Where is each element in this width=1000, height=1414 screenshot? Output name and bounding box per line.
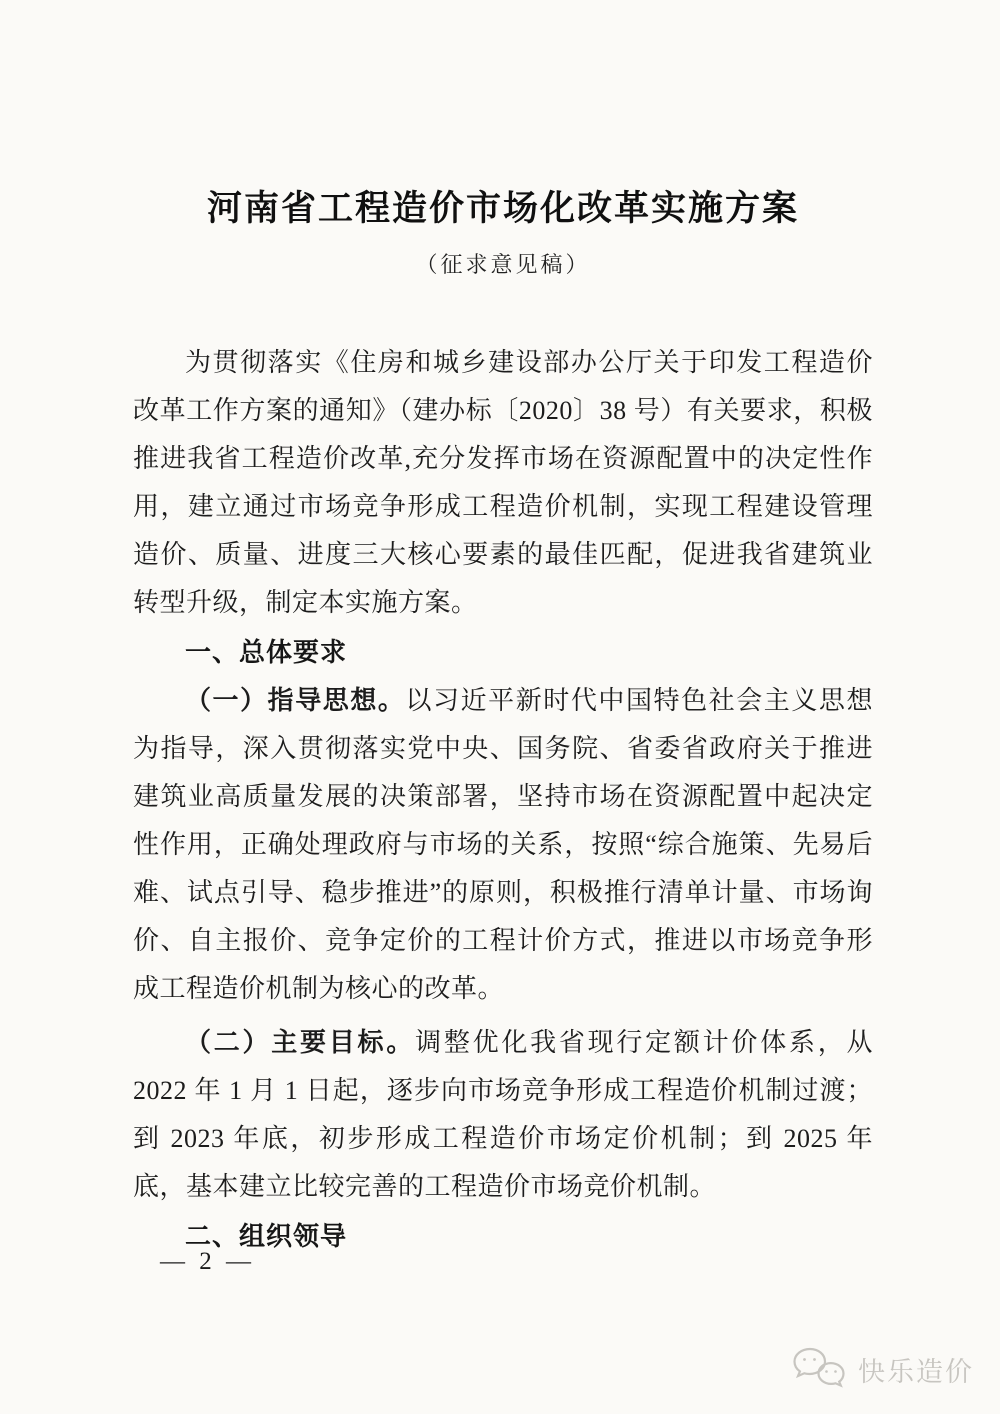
paragraph-guiding-ideology: （一）指导思想。以习近平新时代中国特色社会主义思想为指导，深入贯彻落实党中央、国… (133, 677, 873, 1013)
paragraph-main-goals: （二）主要目标。调整优化我省现行定额计价体系，从 2022 年 1 月 1 日起… (133, 1019, 873, 1211)
document-title: 河南省工程造价市场化改革实施方案 (133, 186, 873, 232)
paragraph-guiding-ideology-body: 以习近平新时代中国特色社会主义思想为指导，深入贯彻落实党中央、国务院、省委省政府… (133, 686, 873, 1003)
document-page: 河南省工程造价市场化改革实施方案 （征求意见稿） 为贯彻落实《住房和城乡建设部办… (0, 0, 1000, 1414)
document-subtitle: （征求意见稿） (133, 248, 873, 279)
page-number: — 2 — (160, 1248, 255, 1276)
paragraph-intro: 为贯彻落实《住房和城乡建设部办公厅关于印发工程造价改革工作方案的通知》（建办标〔… (133, 339, 873, 627)
wechat-icon (790, 1346, 848, 1392)
watermark-label: 快乐造价 (858, 1350, 974, 1389)
paragraph-main-goals-lead: （二）主要目标。 (185, 1028, 415, 1057)
section-heading-1: 一、总体要求 (133, 627, 873, 677)
watermark: 快乐造价 (790, 1346, 974, 1392)
document-content: 河南省工程造价市场化改革实施方案 （征求意见稿） 为贯彻落实《住房和城乡建设部办… (133, 186, 873, 1261)
paragraph-guiding-ideology-lead: （一）指导思想。 (185, 686, 406, 715)
